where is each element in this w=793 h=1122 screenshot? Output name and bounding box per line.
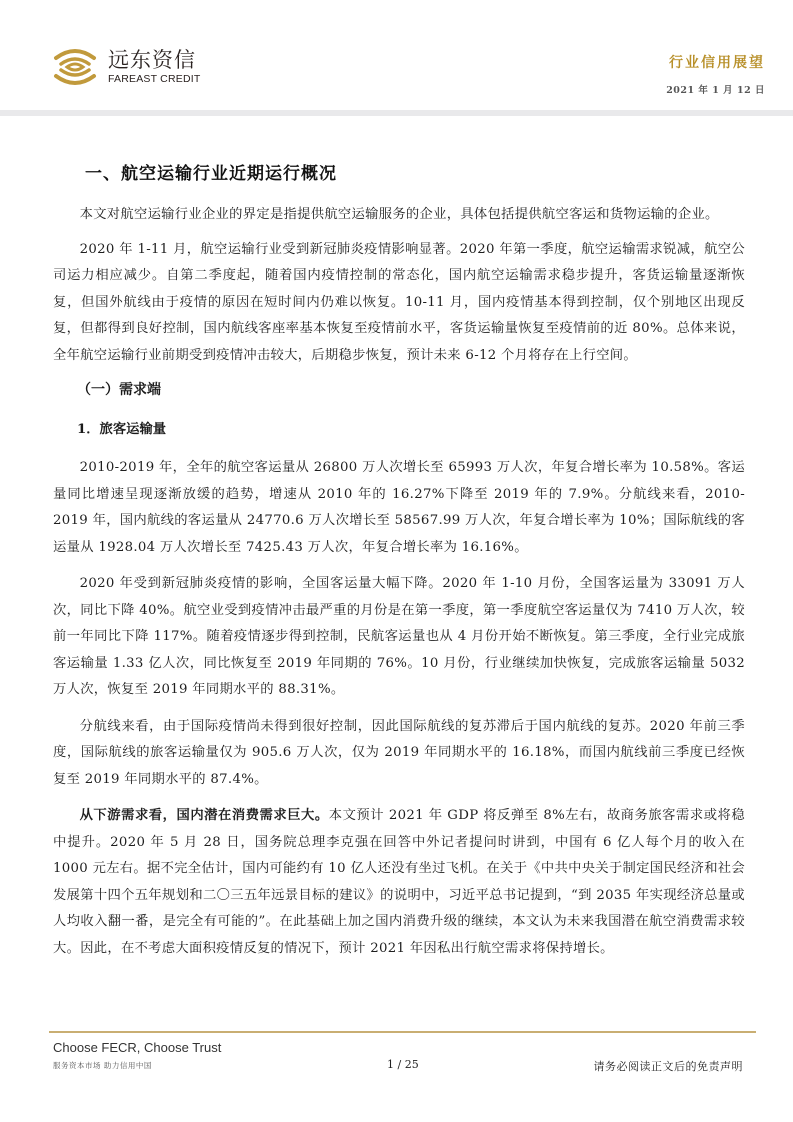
- report-date: 2021 年 1 月 12 日: [666, 82, 765, 96]
- footer-disclaimer: 请务必阅读正文后的免责声明: [594, 1058, 744, 1074]
- paragraph-passenger-trend: 2010-2019 年，全年的航空客运量从 26800 万人次增长至 65993…: [53, 455, 745, 561]
- section-title: 一、航空运输行业近期运行概况: [85, 160, 745, 188]
- paragraph-overview: 2020 年 1-11 月，航空运输行业受到新冠肺炎疫情影响显著。2020 年第…: [53, 237, 745, 370]
- footer-sub-slogan: 服务资本市场 助力信用中国: [53, 1060, 152, 1071]
- company-logo: 远东资信 FAREAST CREDIT: [50, 46, 200, 88]
- paragraph-route-analysis: 分航线来看，由于国际疫情尚未得到很好控制，因此国际航线的复苏滞后于国内航线的复苏…: [53, 714, 745, 794]
- page-header: 远东资信 FAREAST CREDIT 行业信用展望 2021 年 1 月 12…: [0, 0, 793, 110]
- logo-chinese-name: 远东资信: [108, 48, 200, 72]
- subsection-title: （一）需求端: [77, 377, 745, 403]
- document-body: 一、航空运输行业近期运行概况 本文对航空运输行业企业的界定是指提供航空运输服务的…: [53, 160, 745, 962]
- page-number: 1 / 25: [387, 1058, 419, 1071]
- paragraph-downstream-demand: 从下游需求看，国内潜在消费需求巨大。本文预计 2021 年 GDP 将反弹至 8…: [53, 803, 745, 962]
- paragraph-lead-bold: 从下游需求看，国内潜在消费需求巨大。: [80, 808, 329, 823]
- footer-divider: [49, 1031, 756, 1033]
- logo-english-name: FAREAST CREDIT: [108, 73, 200, 86]
- paragraph-definition: 本文对航空运输行业企业的界定是指提供航空运输服务的企业，具体包括提供航空客运和货…: [53, 202, 745, 229]
- footer-slogan: Choose FECR, Choose Trust: [53, 1040, 221, 1055]
- paragraph-2020-impact: 2020 年受到新冠肺炎疫情的影响，全国客运量大幅下降。2020 年 1-10 …: [53, 571, 745, 704]
- paragraph-rest: 本文预计 2021 年 GDP 将反弹至 8%左右，故商务旅客需求或将稳中提升。…: [53, 808, 745, 956]
- report-type: 行业信用展望: [669, 52, 765, 72]
- fareast-logo-icon: [50, 46, 100, 88]
- item-title: 1．旅客运输量: [77, 417, 745, 443]
- header-divider: [0, 110, 793, 116]
